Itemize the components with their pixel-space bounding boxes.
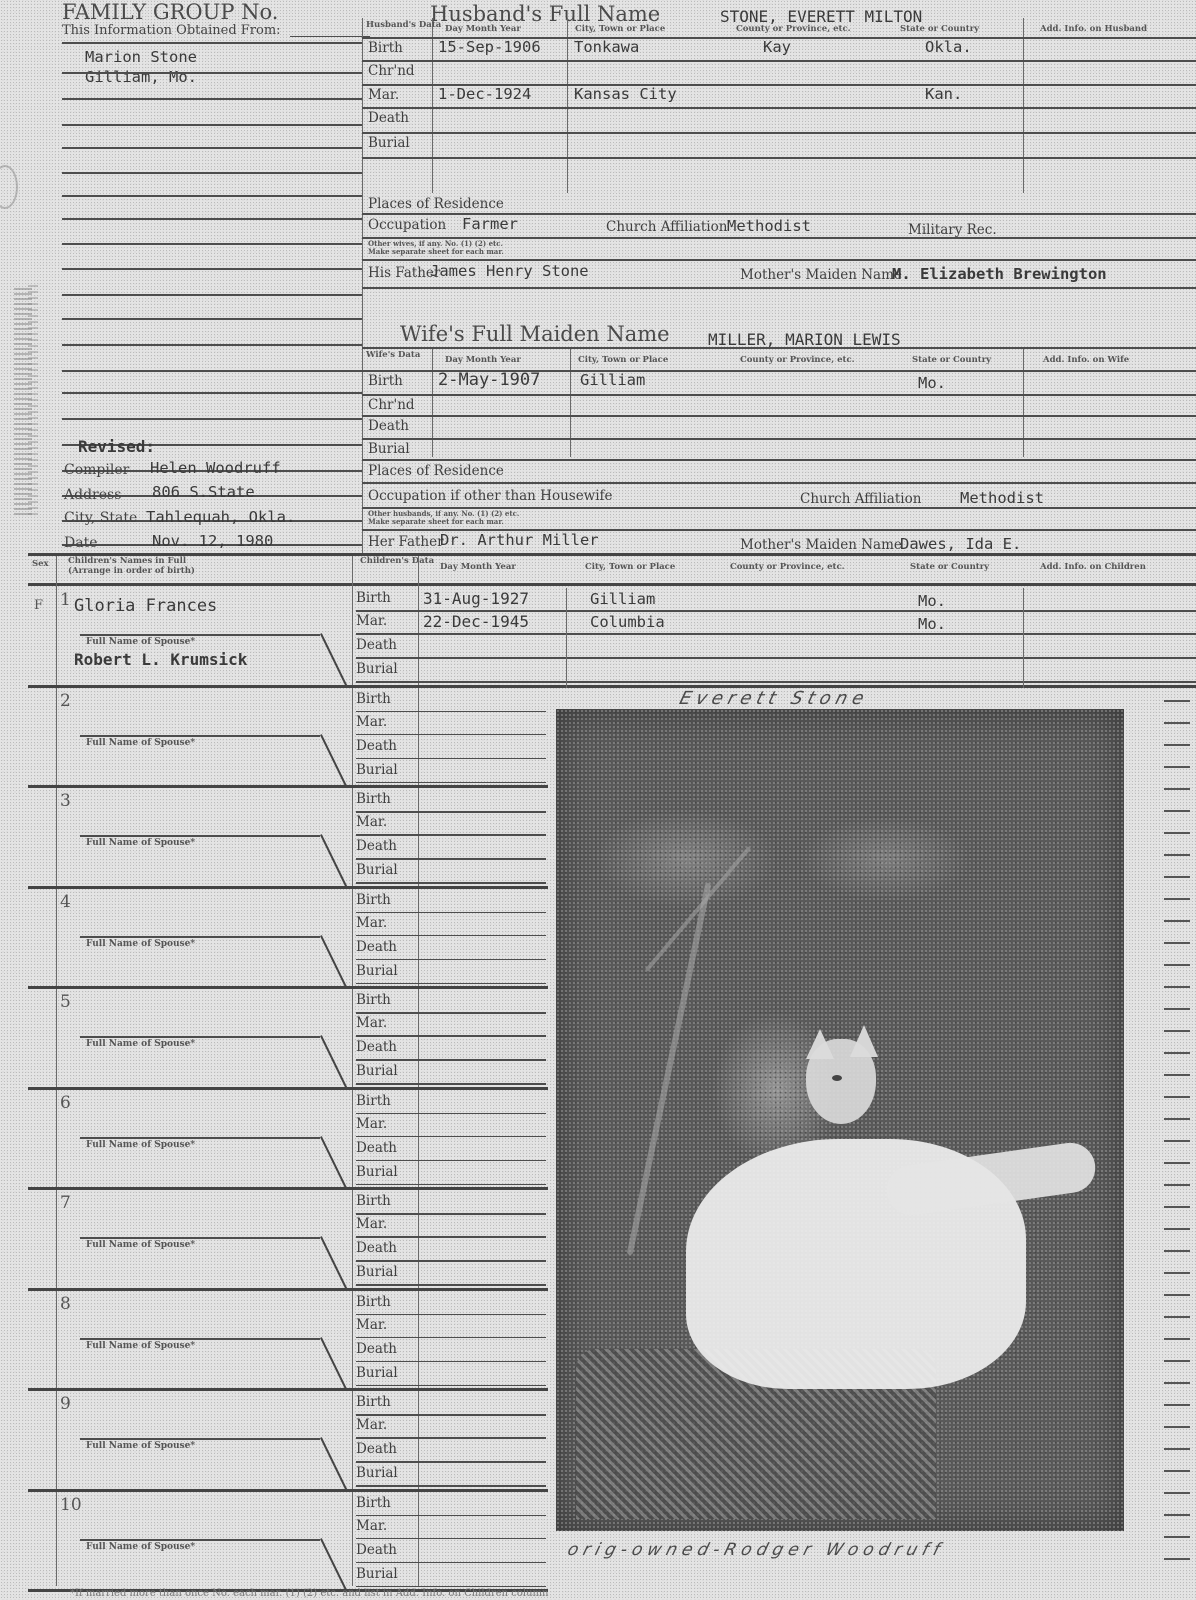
info-obtained-line: Gilliam, Mo. (85, 68, 197, 86)
child-event-label-mar: Mar. (356, 814, 387, 830)
child-event-label-birth: Birth (356, 1294, 391, 1310)
husband-city-header: City, Town or Place (575, 25, 665, 34)
ruled-tick (1164, 1140, 1190, 1142)
wife-event-label-0: Birth (368, 373, 403, 389)
ruled-tick (1164, 920, 1190, 922)
row-rule (356, 858, 546, 860)
husband-church: Methodist (727, 217, 811, 235)
rule-line (62, 243, 362, 245)
child-event-label-death: Death (356, 1140, 397, 1156)
row-rule (356, 1059, 546, 1061)
husband-full-name-label: Husband's Full Name (430, 2, 660, 26)
child-row-divider (28, 886, 548, 889)
child-number: 6 (60, 1093, 71, 1113)
child-event-label-mar: Mar. (356, 1015, 387, 1031)
revised-label: Revised: (78, 437, 155, 456)
row-rule (356, 1160, 546, 1162)
family-group-number-field (290, 36, 370, 37)
row-rule (356, 959, 546, 961)
wife-state-header: State or Country (912, 356, 991, 365)
row-rule (356, 1385, 546, 1387)
row-rule (356, 912, 546, 914)
spouse-field-diagonal (320, 1538, 347, 1591)
husband-residence-label: Places of Residence (368, 196, 504, 212)
child-name: Gloria Frances (74, 596, 217, 616)
row-rule (356, 1586, 546, 1588)
ruled-tick (1164, 1096, 1190, 1098)
child-event-label-burial: Burial (356, 661, 398, 677)
child-number: 8 (60, 1294, 71, 1314)
child-row-divider (28, 1489, 548, 1492)
row-rule (356, 1113, 546, 1115)
husband-event-label-3: Death (368, 110, 409, 126)
row-rule (356, 1538, 546, 1540)
row-rule (356, 1314, 546, 1316)
husband-event-label-2: Mar. (368, 87, 399, 103)
wife-full-name-label: Wife's Full Maiden Name (400, 322, 670, 346)
rule-line (62, 218, 362, 220)
ruled-tick (1164, 1294, 1190, 1296)
spouse-label: Full Name of Spouse* (86, 1441, 195, 1451)
children-city-header: City, Town or Place (585, 563, 675, 572)
husband-event-label-1: Chr'nd (368, 63, 415, 79)
child-spouse-name: Robert L. Krumsick (74, 650, 247, 669)
children-data-header: Children's Data (360, 557, 434, 566)
child-event-label-death: Death (356, 838, 397, 854)
row-rule (362, 415, 1196, 417)
spouse-label: Full Name of Spouse* (86, 1140, 195, 1150)
child-number: 3 (60, 791, 71, 811)
info-obtained-line: Marion Stone (85, 48, 197, 66)
child-row-divider (28, 1388, 548, 1391)
sex-column-header: Sex (32, 560, 49, 569)
form-title: FAMILY GROUP No. (62, 0, 278, 24)
compiler-date: Nov. 12, 1980 (152, 532, 273, 550)
child-row-divider (28, 1288, 548, 1291)
table-divider (1023, 18, 1024, 193)
spouse-field-diagonal (320, 1236, 347, 1289)
row-rule (356, 1236, 546, 1238)
row-rule (362, 287, 1196, 289)
child-event-label-mar: Mar. (356, 1317, 387, 1333)
row-rule (362, 394, 1196, 396)
wife-event-label-1: Chr'nd (368, 397, 415, 413)
ruled-tick (1164, 964, 1190, 966)
ruled-tick (1164, 788, 1190, 790)
children-county-header: County or Province, etc. (730, 563, 845, 572)
wife-other-husbands-note: Other husbands, if any. No. (1) (2) etc.… (368, 510, 528, 525)
add-info-column-divider (1023, 588, 1024, 688)
spouse-label: Full Name of Spouse* (86, 1039, 195, 1049)
spouse-label: Full Name of Spouse* (86, 1341, 195, 1351)
row-rule (356, 811, 546, 813)
child-event-label-death: Death (356, 939, 397, 955)
child-event-label-burial: Burial (356, 963, 398, 979)
rule-line (62, 268, 362, 270)
row-rule (356, 782, 546, 784)
row-rule (356, 758, 546, 760)
spouse-field-rule (80, 1237, 320, 1239)
husband-event-state: Okla. (925, 38, 972, 56)
ruled-tick (1164, 1492, 1190, 1494)
child-event-label-death: Death (356, 738, 397, 754)
row-rule (356, 834, 546, 836)
row-rule (356, 681, 1196, 683)
spouse-field-diagonal (320, 1337, 347, 1390)
ruled-tick (1164, 1360, 1190, 1362)
child-event-city: Gilliam (590, 590, 655, 608)
row-rule (356, 935, 546, 937)
row-rule (356, 1260, 546, 1262)
husband-event-county: Kay (763, 38, 791, 56)
wife-event-date: 2-May-1907 (438, 370, 540, 390)
row-rule (362, 60, 1196, 62)
wife-mother-label: Mother's Maiden Name (740, 537, 902, 553)
ruled-tick (1164, 1008, 1190, 1010)
ruled-tick (1164, 1052, 1190, 1054)
child-event-label-burial: Burial (356, 1465, 398, 1481)
husband-event-label-4: Burial (368, 135, 410, 151)
husband-state-header: State or Country (900, 25, 979, 34)
table-divider (1023, 349, 1024, 457)
row-rule (362, 438, 1196, 440)
husband-father: James Henry Stone (430, 262, 589, 280)
row-rule (362, 347, 1196, 349)
child-event-state: Mo. (918, 615, 946, 633)
rule-line (62, 418, 362, 420)
child-event-label-birth: Birth (356, 992, 391, 1008)
ruled-tick (1164, 1536, 1190, 1538)
spouse-field-rule (80, 835, 320, 837)
child-event-label-birth: Birth (356, 791, 391, 807)
ruled-tick (1164, 1404, 1190, 1406)
rule-line (62, 72, 362, 74)
rule-line (62, 195, 362, 197)
row-rule (356, 657, 1196, 659)
ruled-tick (1164, 1030, 1190, 1032)
wife-father: Dr. Arthur Miller (440, 531, 599, 549)
spouse-field-rule (80, 1137, 320, 1139)
children-names-header: Children's Names in Full (68, 557, 186, 566)
wife-date-header: Day Month Year (445, 356, 521, 365)
ruled-tick (1164, 722, 1190, 724)
child-event-label-death: Death (356, 637, 397, 653)
wife-county-header: County or Province, etc. (740, 356, 855, 365)
husband-data-label: Husband's Data (366, 21, 441, 30)
child-event-date: 22-Dec-1945 (423, 612, 529, 631)
rule-line (62, 344, 362, 346)
compiler-address: 806 S.State (152, 483, 255, 501)
ruled-tick (1164, 1426, 1190, 1428)
child-event-label-death: Death (356, 1542, 397, 1558)
child-number: 10 (60, 1495, 82, 1515)
row-rule (356, 983, 546, 985)
husband-church-label: Church Affiliation (606, 219, 727, 235)
spouse-field-rule (80, 1036, 320, 1038)
husband-event-state: Kan. (925, 85, 962, 103)
spouse-field-rule (80, 1438, 320, 1440)
husband-date-header: Day Month Year (445, 25, 521, 34)
row-rule (356, 1562, 546, 1564)
spouse-field-diagonal (320, 734, 347, 787)
ruled-tick (1164, 1316, 1190, 1318)
wife-church: Methodist (960, 489, 1044, 507)
row-rule (362, 482, 1196, 484)
spouse-label: Full Name of Spouse* (86, 838, 195, 848)
ruled-tick (1164, 1558, 1190, 1560)
spouse-field-diagonal (320, 1437, 347, 1490)
spouse-field-rule (80, 1539, 320, 1541)
spouse-label: Full Name of Spouse* (86, 1542, 195, 1552)
child-number: 1 (60, 590, 71, 610)
photo-caption-top: Everett Stone (677, 688, 871, 709)
row-rule (356, 1083, 546, 1085)
husband-event-city: Kansas City (574, 85, 677, 103)
ruled-tick (1164, 1470, 1190, 1472)
rule-line (62, 98, 362, 100)
ruled-tick (1164, 876, 1190, 878)
row-rule (356, 1515, 546, 1517)
child-event-label-burial: Burial (356, 1365, 398, 1381)
child-row-divider (28, 986, 548, 989)
row-rule (356, 1012, 546, 1014)
names-column-divider (352, 556, 353, 1586)
child-event-label-mar: Mar. (356, 714, 387, 730)
row-rule (356, 1337, 546, 1339)
child-event-label-mar: Mar. (356, 1216, 387, 1232)
spouse-field-diagonal (320, 1136, 347, 1189)
ruled-tick (1164, 832, 1190, 834)
rule-line (62, 172, 362, 174)
husband-add-info-header: Add. Info. on Husband (1040, 25, 1147, 34)
husband-event-label-0: Birth (368, 40, 403, 56)
ruled-tick (1164, 766, 1190, 768)
child-number: 9 (60, 1394, 71, 1414)
child-event-label-birth: Birth (356, 590, 391, 606)
table-divider (567, 18, 568, 193)
spouse-label: Full Name of Spouse* (86, 939, 195, 949)
child-number: 5 (60, 992, 71, 1012)
children-state-header: State or Country (910, 563, 989, 572)
city-state-label: City, State (64, 510, 137, 526)
table-divider (432, 18, 433, 193)
wife-city-header: City, Town or Place (578, 356, 668, 365)
spouse-field-rule (80, 1338, 320, 1340)
spouse-field-diagonal (320, 1035, 347, 1088)
compiler-city-state: Tahlequah, Okla. (146, 508, 295, 526)
child-number: 7 (60, 1193, 71, 1213)
ruled-tick (1164, 1118, 1190, 1120)
spouse-field-rule (80, 936, 320, 938)
child-event-label-death: Death (356, 1240, 397, 1256)
child-event-label-birth: Birth (356, 1093, 391, 1109)
child-event-label-death: Death (356, 1341, 397, 1357)
table-divider (570, 349, 571, 457)
child-event-label-birth: Birth (356, 1193, 391, 1209)
child-number: 2 (60, 691, 71, 711)
row-rule (356, 1461, 546, 1463)
wife-data-label: Wife's Data (366, 351, 420, 360)
wife-residence-label: Places of Residence (368, 463, 504, 479)
child-sex: F (34, 598, 43, 613)
row-rule (356, 882, 546, 884)
child-event-label-mar: Mar. (356, 1116, 387, 1132)
rule-line (62, 392, 362, 394)
spouse-field-rule (80, 735, 320, 737)
spouse-field-diagonal (320, 834, 347, 887)
table-divider (432, 349, 433, 457)
row-rule (356, 1184, 546, 1186)
margin-copyright-text-2 (28, 285, 38, 515)
child-event-label-burial: Burial (356, 862, 398, 878)
photo-caption-bottom: orig-owned-Rodger Woodruff (565, 1540, 947, 1560)
info-obtained-label: This Information Obtained From: (62, 23, 281, 38)
row-rule (362, 157, 1196, 159)
row-rule (362, 259, 1196, 261)
children-add-info-header: Add. Info. on Children (1040, 563, 1146, 572)
date-label: Date (64, 535, 97, 551)
row-rule (362, 107, 1196, 109)
husband-occupation-label: Occupation (368, 217, 446, 233)
form-footnote: *If married more than once No. each mar.… (70, 1588, 548, 1599)
row-rule (356, 1437, 546, 1439)
row-rule (356, 1284, 546, 1286)
row-rule (356, 711, 546, 713)
row-rule (356, 1414, 546, 1416)
rule-line (62, 42, 362, 44)
child-event-label-burial: Burial (356, 1164, 398, 1180)
child-row-divider (28, 785, 548, 788)
husband-event-date: 15-Sep-1906 (438, 38, 541, 56)
city-column-divider (566, 588, 567, 688)
ruled-tick (1164, 1206, 1190, 1208)
row-rule (356, 1361, 546, 1363)
ruled-tick (1164, 810, 1190, 812)
row-rule (356, 734, 546, 736)
husband-mother: M. Elizabeth Brewington (892, 265, 1107, 283)
address-label: Address (64, 487, 121, 503)
child-event-date: 31-Aug-1927 (423, 589, 529, 608)
ruled-tick (1164, 1162, 1190, 1164)
spouse-field-rule (80, 634, 320, 636)
child-event-label-birth: Birth (356, 892, 391, 908)
child-event-city: Columbia (590, 613, 665, 631)
sex-column-divider (56, 556, 57, 1586)
ruled-tick (1164, 1184, 1190, 1186)
ruled-tick (1164, 942, 1190, 944)
spouse-field-diagonal (320, 935, 347, 988)
ruled-tick (1164, 898, 1190, 900)
child-event-label-burial: Burial (356, 1264, 398, 1280)
ruled-tick (1164, 744, 1190, 746)
child-row-divider (28, 685, 1196, 688)
compiler-label: Compiler (64, 462, 129, 478)
husband-event-city: Tonkawa (574, 38, 639, 56)
husband-county-header: County or Province, etc. (736, 25, 851, 34)
wife-event-label-2: Death (368, 418, 409, 434)
spouse-label: Full Name of Spouse* (86, 1240, 195, 1250)
ruled-tick (1164, 1074, 1190, 1076)
child-event-label-mar: Mar. (356, 613, 387, 629)
child-row-divider (28, 1087, 548, 1090)
row-rule (356, 633, 1196, 635)
rule-line (62, 370, 362, 372)
child-event-label-burial: Burial (356, 762, 398, 778)
ruled-tick (1164, 1514, 1190, 1516)
ruled-tick (1164, 1338, 1190, 1340)
rule-line (62, 147, 362, 149)
child-number: 4 (60, 892, 71, 912)
child-event-label-mar: Mar. (356, 1518, 387, 1534)
children-header-top-rule (28, 553, 1196, 556)
child-event-label-mar: Mar. (356, 915, 387, 931)
row-rule (356, 1485, 546, 1487)
ruled-tick (1164, 1382, 1190, 1384)
child-event-state: Mo. (918, 592, 946, 610)
wife-father-label: Her Father (368, 534, 444, 550)
ruled-tick (1164, 986, 1190, 988)
rule-line (62, 124, 362, 126)
child-event-label-burial: Burial (356, 1566, 398, 1582)
ruled-tick (1164, 1228, 1190, 1230)
ruled-tick (1164, 1272, 1190, 1274)
child-row-divider (28, 1187, 548, 1190)
children-names-note: (Arrange in order of birth) (68, 567, 195, 576)
child-event-label-mar: Mar. (356, 1417, 387, 1433)
spouse-label: Full Name of Spouse* (86, 738, 195, 748)
children-date-header: Day Month Year (440, 563, 516, 572)
ruled-tick (1164, 1250, 1190, 1252)
child-event-label-birth: Birth (356, 1394, 391, 1410)
child-event-label-death: Death (356, 1039, 397, 1055)
row-rule (362, 132, 1196, 134)
wife-occupation-label: Occupation if other than Housewife (368, 488, 613, 504)
rule-line (62, 318, 362, 320)
ruled-tick (1164, 1448, 1190, 1450)
child-event-label-birth: Birth (356, 1495, 391, 1511)
compiler-name: Helen Woodruff (150, 459, 281, 477)
rule-line (62, 294, 362, 296)
wife-church-label: Church Affiliation (800, 491, 921, 507)
husband-occupation: Farmer (462, 215, 518, 233)
ruled-tick (1164, 854, 1190, 856)
punch-hole (0, 165, 18, 209)
husband-other-wives-note: Other wives, if any. No. (1) (2) etc. Ma… (368, 240, 508, 255)
ruled-tick (1164, 700, 1190, 702)
child-event-label-death: Death (356, 1441, 397, 1457)
wife-mother: Dawes, Ida E. (900, 535, 1021, 553)
child-event-label-burial: Burial (356, 1063, 398, 1079)
husband-mother-label: Mother's Maiden Name (740, 267, 902, 283)
wife-event-label-3: Burial (368, 441, 410, 457)
row-rule (356, 1136, 546, 1138)
row-rule (356, 1035, 546, 1037)
spouse-field-diagonal (320, 633, 347, 686)
row-rule (356, 1213, 546, 1215)
row-rule (362, 459, 1196, 461)
wife-event-state: Mo. (918, 374, 946, 392)
spouse-label: Full Name of Spouse* (86, 637, 195, 647)
wife-add-info-header: Add. Info. on Wife (1043, 356, 1129, 365)
wife-event-city: Gilliam (580, 371, 645, 389)
family-photo (556, 709, 1124, 1531)
child-event-label-birth: Birth (356, 691, 391, 707)
children-header-bottom-rule (28, 583, 1196, 586)
husband-event-date: 1-Dec-1924 (438, 85, 531, 103)
husband-military-label: Military Rec. (908, 222, 997, 238)
